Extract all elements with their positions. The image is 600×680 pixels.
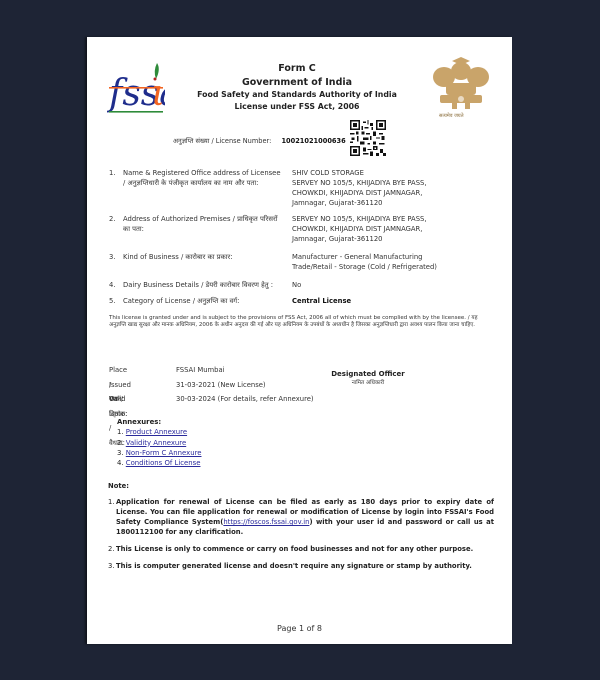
detail-item-business-kind: 3. Kind of Business / कारोबार का प्रकार:… xyxy=(109,252,489,280)
note-item-renewal: 1. Application for renewal of License ca… xyxy=(108,497,494,537)
valid-value: 30-03-2024 (For details, refer Annexure) xyxy=(176,392,314,407)
detail-item-category: 5. Category of License / अनुज्ञप्ति का व… xyxy=(109,296,489,310)
address-line: SERVEY NO 105/5, KHIJADIYA BYE PASS, xyxy=(292,214,492,224)
annexure-number: 3. xyxy=(117,449,124,457)
address-line: Jamnagar, Gujarat-361120 xyxy=(292,198,492,208)
detail-item-dairy: 4. Dairy Business Details / डेयरी कारोबा… xyxy=(109,280,489,296)
grant-statement: This license is granted under and is sub… xyxy=(109,315,494,330)
license-category: Central License xyxy=(292,296,492,306)
annexure-item: 2. Validity Annexure xyxy=(117,438,202,448)
item-number: 2. xyxy=(109,214,116,224)
item-value: No xyxy=(292,280,492,290)
detail-item-premises: 2. Address of Authorized Premises / प्रा… xyxy=(109,214,489,252)
fssai-logo-icon: fssa ι xyxy=(107,59,165,117)
non-form-c-annexure-link[interactable]: Non-Form C Annexure xyxy=(126,449,202,457)
licensee-name: SHIV COLD STORAGE xyxy=(292,168,492,178)
document-header: Form C Government of India Food Safety a… xyxy=(177,62,417,113)
address-line: SERVEY NO 105/5, KHIJADIYA BYE PASS, xyxy=(292,178,492,188)
business-kind-line: Manufacturer - General Manufacturing xyxy=(292,252,492,262)
conditions-of-license-link[interactable]: Conditions Of License xyxy=(126,459,201,467)
notes: Note: 1. Application for renewal of Lice… xyxy=(108,482,494,578)
item-label: Dairy Business Details / डेयरी कारोबार व… xyxy=(123,280,298,290)
place-value: FSSAI Mumbai xyxy=(176,363,225,378)
license-number-label: अनुज्ञप्ति संख्या / License Number: xyxy=(173,137,271,145)
address-line: Jamnagar, Gujarat-361120 xyxy=(292,234,492,244)
note-title: Note: xyxy=(108,482,494,490)
officer-title: Designated Officer xyxy=(323,370,413,378)
government-title: Government of India xyxy=(177,76,417,89)
act-title: License under FSS Act, 2006 xyxy=(177,101,417,113)
annexures: Annexures: 1. Product Annexure 2. Validi… xyxy=(117,417,202,468)
item-number: 1. xyxy=(109,168,116,178)
note-item-purpose: 2. This License is only to commence or c… xyxy=(108,544,494,554)
address-line: CHOWKDI, KHIJADIYA DIST JAMNAGAR, xyxy=(292,188,492,198)
annexure-number: 4. xyxy=(117,459,124,467)
issued-value: 31-03-2021 (New License) xyxy=(176,378,266,393)
document-page: fssa ι Form C Government of India Food S… xyxy=(87,37,512,644)
authority-title: Food Safety and Standards Authority of I… xyxy=(177,89,417,101)
annexures-title: Annexures: xyxy=(117,417,202,427)
detail-item-licensee: 1. Name & Registered Office address of L… xyxy=(109,168,489,214)
note-number: 2. xyxy=(108,544,115,554)
qr-code-icon xyxy=(350,120,386,156)
svg-text:ι: ι xyxy=(151,73,165,114)
emblem-caption: सत्यमेव जयते xyxy=(439,113,464,119)
note-number: 1. xyxy=(108,497,115,507)
annexure-number: 2. xyxy=(117,439,124,447)
note-text: This License is only to commence or carr… xyxy=(116,545,473,553)
item-value: Manufacturer - General Manufacturing Tra… xyxy=(292,252,492,272)
foscos-link[interactable]: https://foscos.fssai.gov.in xyxy=(223,518,309,526)
item-label: Name & Registered Office address of Lice… xyxy=(123,168,283,188)
annexure-item: 3. Non-Form C Annexure xyxy=(117,448,202,458)
item-number: 4. xyxy=(109,280,116,290)
annexure-item: 4. Conditions Of License xyxy=(117,458,202,468)
designated-officer: Designated Officer नामित अधिकारी xyxy=(323,370,413,386)
note-item-computer-generated: 3. This is computer generated license an… xyxy=(108,561,494,571)
license-number: 10021021000636 xyxy=(281,137,345,145)
form-title: Form C xyxy=(177,62,417,76)
license-number-row: अनुज्ञप्ति संख्या / License Number: 1002… xyxy=(173,136,346,145)
note-text: This is computer generated license and d… xyxy=(116,562,472,570)
item-label: Address of Authorized Premises / प्राधिक… xyxy=(123,214,283,234)
item-label: Kind of Business / कारोबार का प्रकार: xyxy=(123,252,283,262)
product-annexure-link[interactable]: Product Annexure xyxy=(126,428,187,436)
business-kind-line: Trade/Retail - Storage (Cold / Refrigera… xyxy=(292,262,492,272)
annexure-number: 1. xyxy=(117,428,124,436)
annexure-item: 1. Product Annexure xyxy=(117,427,202,437)
officer-subtitle: नामित अधिकारी xyxy=(323,378,413,386)
item-value: SERVEY NO 105/5, KHIJADIYA BYE PASS, CHO… xyxy=(292,214,492,244)
address-line: CHOWKDI, KHIJADIYA DIST JAMNAGAR, xyxy=(292,224,492,234)
item-number: 3. xyxy=(109,252,116,262)
license-details-list: 1. Name & Registered Office address of L… xyxy=(109,168,489,310)
item-label: Category of License / अनुज्ञप्ति का वर्ग… xyxy=(123,296,283,306)
page-number: Page 1 of 8 xyxy=(87,624,512,633)
item-number: 5. xyxy=(109,296,116,306)
item-value: SHIV COLD STORAGE SERVEY NO 105/5, KHIJA… xyxy=(292,168,492,208)
validity-annexure-link[interactable]: Validity Annexure xyxy=(126,439,186,447)
note-number: 3. xyxy=(108,561,115,571)
